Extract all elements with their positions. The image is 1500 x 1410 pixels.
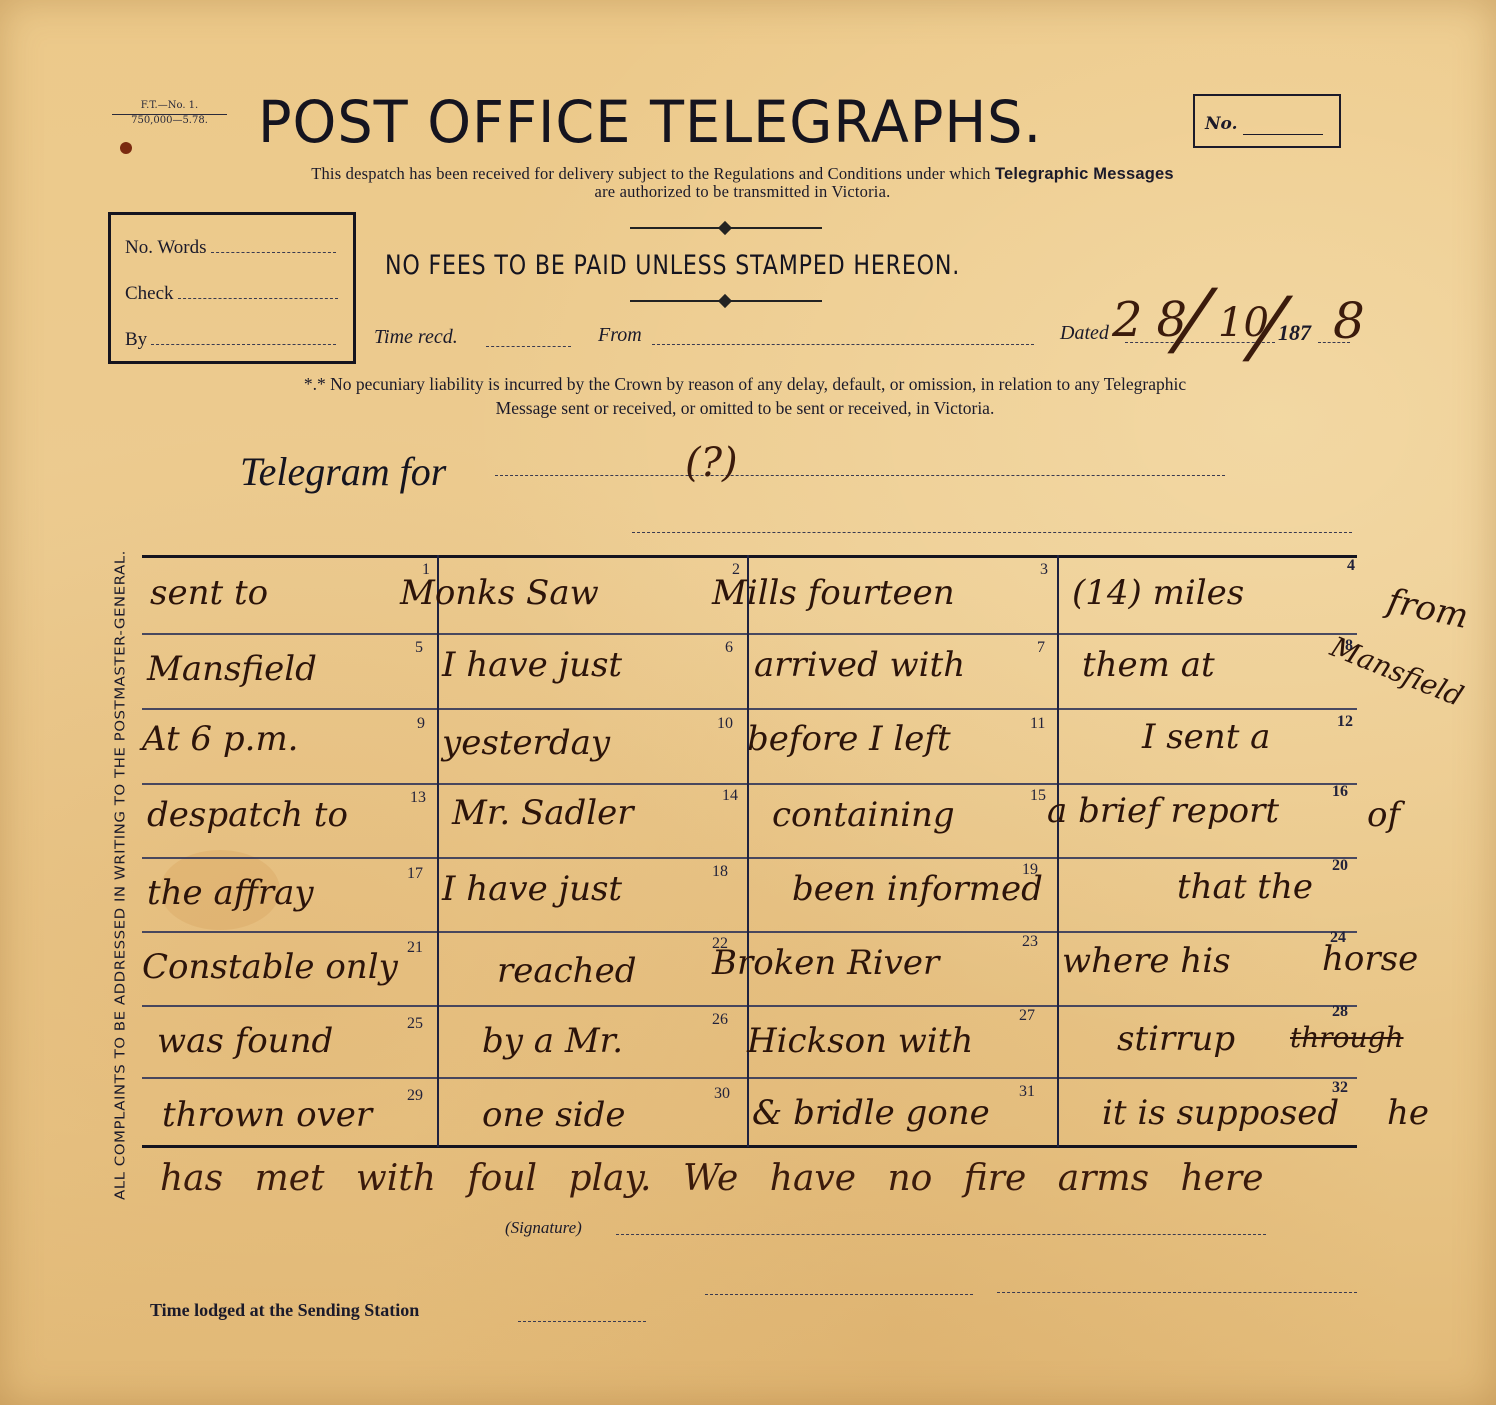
grid-row-rule (142, 783, 1357, 785)
time-lodged-label: Time lodged at the Sending Station (150, 1300, 419, 1321)
form-reference-line1: F.T.—No. 1. (112, 100, 227, 115)
message-word: I have just (442, 869, 622, 909)
time-recd-field[interactable] (486, 346, 571, 347)
from-label: From (598, 324, 642, 347)
cell-number: 26 (712, 1011, 728, 1029)
grid-bottom-rule (142, 1145, 1357, 1148)
message-word: Mills fourteen (712, 573, 955, 613)
message-word: by a Mr. (482, 1021, 623, 1061)
message-word: & bridle gone (752, 1093, 990, 1133)
liability-notice: *.* No pecuniary liability is incurred b… (130, 372, 1360, 420)
cell-number: 21 (407, 939, 423, 957)
cell-number: 14 (722, 787, 738, 805)
message-overflow: horse (1322, 939, 1418, 979)
liability-line2: Message sent or received, or omitted to … (130, 396, 1360, 420)
cell-number: 11 (1030, 715, 1045, 733)
signature-label: (Signature) (505, 1218, 582, 1238)
telegram-for-line1 (495, 475, 1225, 476)
cell-number: 16 (1332, 783, 1348, 801)
message-word: before I left (747, 719, 951, 759)
message-word: them at (1082, 645, 1215, 685)
message-word: it is supposed (1102, 1093, 1339, 1133)
message-overflow: he (1387, 1093, 1429, 1133)
number-label: No. (1205, 114, 1238, 134)
cell-number: 4 (1347, 557, 1355, 575)
number-box: No. (1193, 94, 1341, 148)
complaints-side-text: ALL COMPLAINTS TO BE ADDRESSED IN WRITIN… (112, 540, 128, 1200)
message-word: that the (1177, 867, 1313, 907)
check-field[interactable] (178, 297, 338, 299)
dated-year-suffix[interactable]: 8 (1333, 292, 1365, 350)
message-word: thrown over (162, 1095, 372, 1135)
message-word: Mr. Sadler (452, 793, 634, 833)
cell-number: 6 (725, 639, 733, 657)
rust-spot (120, 142, 132, 154)
form-reference: F.T.—No. 1. 750,000—5.78. (112, 100, 227, 127)
message-overflow-struck: through (1290, 1021, 1404, 1054)
message-word: arrived with (754, 645, 965, 685)
address-line-1 (705, 1294, 973, 1295)
grid-row-rule (142, 1005, 1357, 1007)
message-word: despatch to (147, 795, 348, 835)
grid-column-rule (437, 555, 439, 1147)
message-word: sent to (150, 573, 268, 613)
signature-field[interactable] (616, 1234, 1266, 1235)
no-fees-notice: NO FEES TO BE PAID UNLESS STAMPED HEREON… (385, 250, 960, 281)
cell-number: 17 (407, 865, 423, 883)
cell-number: 31 (1019, 1083, 1035, 1101)
message-word: containing (772, 795, 955, 835)
from-field[interactable] (652, 344, 1034, 345)
message-word: Monks Saw (400, 573, 599, 613)
message-word: Mansfield (147, 649, 317, 689)
cell-number: 7 (1037, 639, 1045, 657)
cell-number: 15 (1030, 787, 1046, 805)
grid-row-rule (142, 708, 1357, 710)
message-word: At 6 p.m. (142, 719, 299, 759)
cell-number: 5 (415, 639, 423, 657)
message-word: one side (482, 1095, 626, 1135)
cell-number: 29 (407, 1087, 423, 1105)
despatch-notice: This despatch has been received for deli… (125, 165, 1360, 201)
ornamental-divider-top (630, 227, 822, 229)
page-title: POST OFFICE TELEGRAPHS. (258, 88, 1042, 156)
telegram-for-line2 (632, 532, 1352, 533)
liability-line1: *.* No pecuniary liability is incurred b… (130, 372, 1360, 396)
message-word: yesterday (442, 723, 610, 763)
despatch-text-b: Telegraphic Messages (995, 165, 1174, 183)
despatch-text-line2: are authorized to be transmitted in Vict… (125, 183, 1360, 201)
form-reference-line2: 750,000—5.78. (112, 115, 227, 127)
message-word: been informed (792, 869, 1043, 909)
dated-year-prefix: 187 (1278, 320, 1311, 346)
message-word: I sent a (1142, 717, 1270, 757)
by-label: By (125, 329, 147, 351)
cell-number: 3 (1040, 561, 1048, 579)
cell-number: 9 (417, 715, 425, 733)
message-word: I have just (442, 645, 622, 685)
message-word: (14) miles (1072, 573, 1244, 613)
address-line-2 (997, 1292, 1357, 1293)
message-word: Hickson with (747, 1021, 973, 1061)
by-field[interactable] (151, 343, 336, 345)
grid-row-rule (142, 857, 1357, 859)
telegram-form: F.T.—No. 1. 750,000—5.78. POST OFFICE TE… (0, 0, 1496, 1405)
grid-row-rule (142, 1077, 1357, 1079)
cell-number: 18 (712, 863, 728, 881)
time-lodged-field[interactable] (518, 1321, 646, 1322)
message-continuation: has met with foul play. We have no fire … (160, 1158, 1264, 1199)
message-word: was found (157, 1021, 333, 1061)
message-word: a brief report (1047, 791, 1279, 831)
grid-column-rule (1057, 555, 1059, 1147)
no-words-label: No. Words (125, 237, 207, 259)
dated-label: Dated (1060, 322, 1109, 345)
no-words-field[interactable] (211, 251, 336, 253)
telegram-for-value[interactable]: (?) (685, 440, 738, 486)
grid-top-rule (142, 555, 1357, 558)
message-grid: 1 2 3 4 sent to Monks Saw Mills fourteen… (142, 555, 1357, 1157)
grid-row-rule (142, 931, 1357, 933)
message-word: stirrup (1117, 1019, 1235, 1059)
cell-number: 13 (410, 789, 426, 807)
cell-number: 25 (407, 1015, 423, 1033)
message-word: Broken River (712, 943, 939, 983)
cell-number: 10 (717, 715, 733, 733)
message-word: the affray (147, 873, 314, 913)
message-word: Constable only (142, 947, 398, 987)
words-check-box: No. Words Check By (108, 212, 356, 364)
number-field[interactable] (1243, 134, 1323, 135)
ornamental-divider-bottom (630, 300, 822, 302)
message-overflow: of (1367, 795, 1400, 835)
cell-number: 28 (1332, 1003, 1348, 1021)
cell-number: 23 (1022, 933, 1038, 951)
time-recd-label: Time recd. (374, 326, 458, 349)
check-label: Check (125, 283, 174, 305)
telegram-for-label: Telegram for (240, 448, 446, 495)
message-word: where his (1062, 941, 1231, 981)
cell-number: 20 (1332, 857, 1348, 875)
message-overflow: from (1384, 581, 1472, 637)
grid-row-rule (142, 633, 1357, 635)
despatch-text-a: This despatch has been received for deli… (311, 164, 995, 183)
cell-number: 27 (1019, 1007, 1035, 1025)
message-overflow: Mansfield (1326, 630, 1468, 713)
cell-number: 12 (1337, 713, 1353, 731)
cell-number: 30 (714, 1085, 730, 1103)
message-word: reached (497, 951, 636, 991)
